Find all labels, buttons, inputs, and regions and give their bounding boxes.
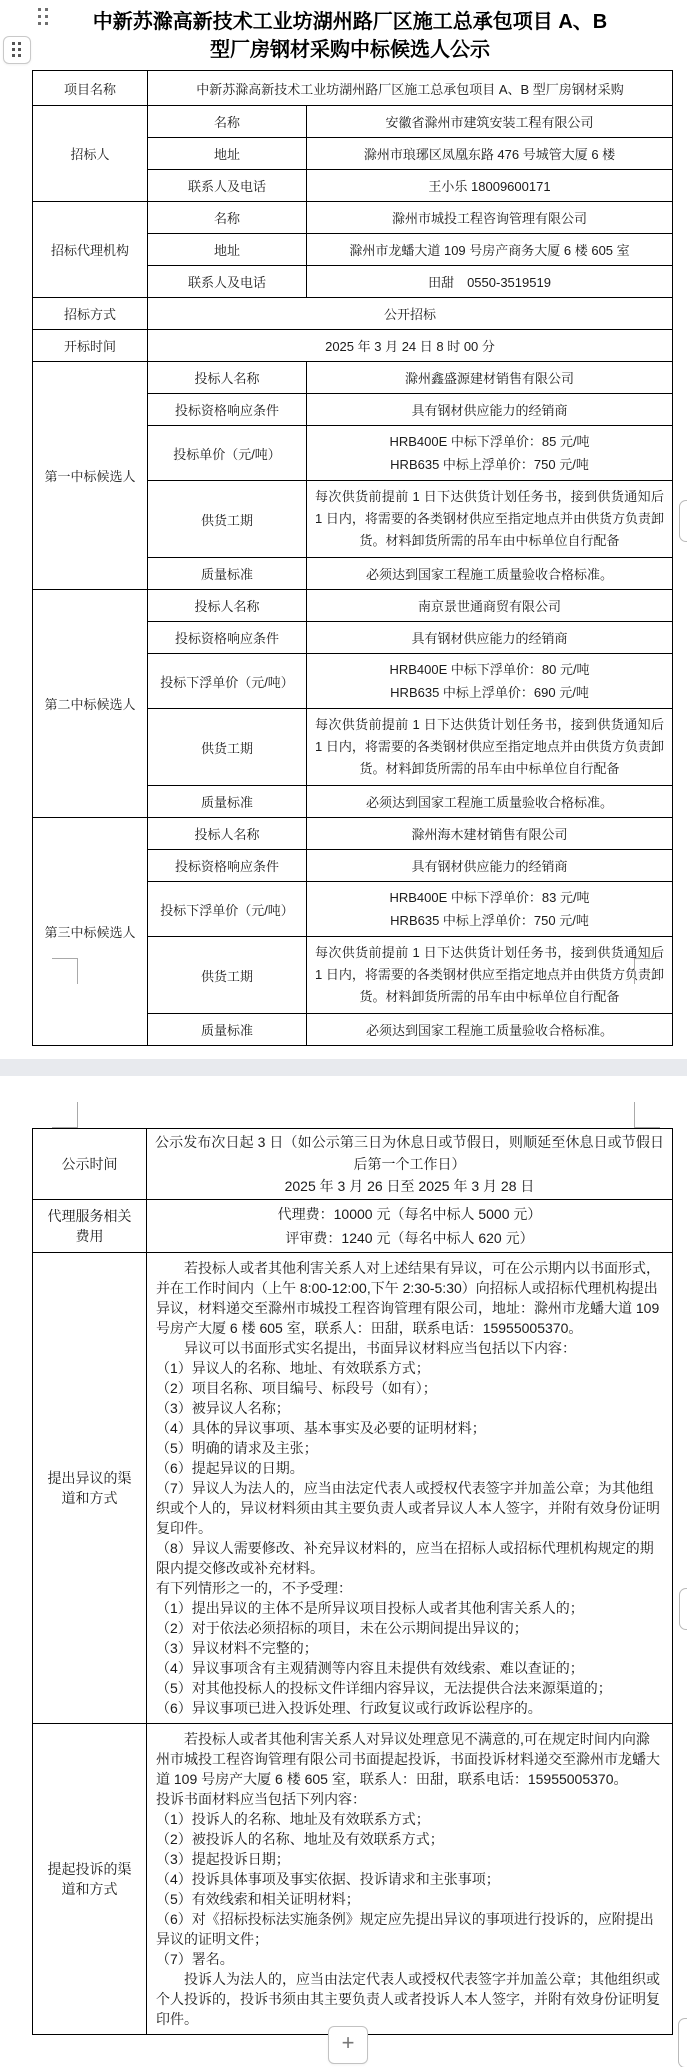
right-edge-handle[interactable] [679, 500, 687, 542]
text-line: （6）对《招标投标法实施条例》规定应先提出异议的事项进行投诉的，应附提出异议的证… [156, 1909, 663, 1949]
text-line: （7）异议人为法人的，应当由法定代表人或授权代表签字并加盖公章；为其他组织或个人… [156, 1478, 663, 1538]
candidate-group-label: 第三中标候选人 [33, 818, 148, 1046]
cell-value: 必须达到国家工程施工质量验收合格标准。 [307, 786, 673, 818]
cell-sublabel: 地址 [148, 234, 307, 266]
page2-top-right-margin-mark [634, 1102, 660, 1128]
cell-value: 必须达到国家工程施工质量验收合格标准。 [307, 558, 673, 590]
text-line: （1）提出异议的主体不是所异议项目投标人或者其他利害关系人的； [156, 1598, 663, 1618]
cell-label: 公示时间 [33, 1129, 147, 1200]
cell-sublabel: 投标资格响应条件 [148, 850, 307, 882]
price-line: HRB635 中标上浮单价：690 元/吨 [315, 681, 664, 704]
cell-value: 滁州海木建材销售有限公司 [307, 818, 673, 850]
cell-sublabel: 投标人名称 [148, 362, 307, 394]
candidate-group-label: 第二中标候选人 [33, 590, 148, 818]
cell-objection-procedure: 若投标人或者其他利害关系人对上述结果有异议，可在公示期内以书面形式，并在工作时间… [147, 1253, 673, 1724]
price-line: HRB400E 中标下浮单价：83 元/吨 [315, 886, 664, 909]
cell-value: 滁州市琅琊区凤凰东路 476 号城管大厦 6 楼 [307, 138, 673, 170]
block-handle-button[interactable] [3, 36, 31, 64]
cell-delivery: 每次供货前提前 1 日下达供货计划任务书，接到供货通知后 1 日内，将需要的各类… [307, 709, 673, 786]
cell-sublabel: 质量标准 [148, 786, 307, 818]
cell-label: 招标方式 [33, 298, 148, 330]
cell-sublabel: 投标人名称 [148, 818, 307, 850]
price-line: HRB400E 中标下浮单价：85 元/吨 [315, 430, 664, 453]
bottom-right-edge-handle[interactable] [678, 2018, 687, 2067]
text-line: （1）投诉人的名称、地址及有效联系方式； [156, 1809, 663, 1829]
cell-value: 具有钢材供应能力的经销商 [307, 622, 673, 654]
text-line: （2）项目名称、项目编号、标段号（如有）； [156, 1378, 663, 1398]
cell-sublabel: 联系人及电话 [148, 170, 307, 202]
cell-sublabel: 供货工期 [148, 937, 307, 1014]
cell-sublabel: 投标资格响应条件 [148, 622, 307, 654]
text-line: 若投标人或者其他利害关系人对异议处理意见不满意的,可在规定时间内向滁州市城投工程… [156, 1729, 663, 1789]
cell-label: 代理服务相关费用 [33, 1200, 147, 1253]
text-line: （5）有效线索和相关证明材料； [156, 1889, 663, 1909]
text-line: 有下列情形之一的，不予受理： [156, 1578, 663, 1598]
text-line: （4）投诉具体事项及事实依据、投诉请求和主张事项； [156, 1869, 663, 1889]
text-line: （4）具体的异议事项、基本事实及必要的证明材料； [156, 1418, 663, 1438]
cell-value: 具有钢材供应能力的经销商 [307, 850, 673, 882]
publicity-dates: 2025 年 3 月 26 日至 2025 年 3 月 28 日 [155, 1175, 664, 1197]
text-line: 投诉书面材料应当包括下列内容： [156, 1789, 663, 1809]
cell-price: HRB400E 中标下浮单价：83 元/吨 HRB635 中标上浮单价：750 … [307, 882, 673, 937]
cell-sublabel: 投标下浮单价（元/吨） [148, 654, 307, 709]
cell-delivery: 每次供货前提前 1 日下达供货计划任务书，接到供货通知后 1 日内，将需要的各类… [307, 937, 673, 1014]
page-title: 中新苏滁高新技术工业坊湖州路厂区施工总承包项目 A、B 型厂房钢材采购中标候选人… [40, 8, 660, 64]
text-line: （2）对于依法必须招标的项目，未在公示期间提出异议的； [156, 1618, 663, 1638]
add-block-button[interactable]: + [328, 2026, 368, 2064]
cell-value: 南京景世通商贸有限公司 [307, 590, 673, 622]
cell-value: 具有钢材供应能力的经销商 [307, 394, 673, 426]
text-line: 若投标人或者其他利害关系人对上述结果有异议，可在公示期内以书面形式，并在工作时间… [156, 1258, 663, 1338]
cell-sublabel: 投标单价（元/吨） [148, 426, 307, 481]
cell-complaint-procedure: 若投标人或者其他利害关系人对异议处理意见不满意的,可在规定时间内向滁州市城投工程… [147, 1724, 673, 2035]
cell-value: 滁州鑫盛源建材销售有限公司 [307, 362, 673, 394]
price-line: HRB635 中标上浮单价：750 元/吨 [315, 453, 664, 476]
text-line: 异议可以书面形式实名提出，书面异议材料应当包括以下内容： [156, 1338, 663, 1358]
text-line: （3）异议材料不完整的； [156, 1638, 663, 1658]
page1-bottom-right-margin-mark [634, 958, 660, 984]
cell-value: 王小乐 18009600171 [307, 170, 673, 202]
cell-fees: 代理费：10000 元（每名中标人 5000 元） 评审费：1240 元（每名中… [147, 1200, 673, 1253]
right-edge-handle[interactable] [679, 1588, 687, 1630]
text-line: （2）被投诉人的名称、地址及有效联系方式； [156, 1829, 663, 1849]
cell-label: 开标时间 [33, 330, 148, 362]
page-gap-band [0, 1059, 687, 1076]
cell-value: 中新苏滁高新技术工业坊湖州路厂区施工总承包项目 A、B 型厂房钢材采购 [148, 71, 673, 106]
text-line: （4）异议事项含有主观猜测等内容且未提供有效线索、难以查证的； [156, 1658, 663, 1678]
candidate-group-label: 第一中标候选人 [33, 362, 148, 590]
cell-sublabel: 投标下浮单价（元/吨） [148, 882, 307, 937]
grip-dots-icon [12, 42, 23, 59]
cell-value: 安徽省滁州市建筑安装工程有限公司 [307, 106, 673, 138]
bid-result-table: 项目名称 中新苏滁高新技术工业坊湖州路厂区施工总承包项目 A、B 型厂房钢材采购… [32, 70, 673, 1046]
text-line: （3）被异议人名称； [156, 1398, 663, 1418]
page2-top-left-margin-mark [52, 1102, 78, 1128]
cell-label: 提起投诉的渠道和方式 [33, 1724, 147, 2035]
document-editor-page: { "title": { "line1": "中新苏滁高新技术工业坊湖州州路厂区… [0, 0, 687, 2067]
cell-sublabel: 供货工期 [148, 709, 307, 786]
text-line: 投诉人为法人的，应当由法定代表人或授权代表签字并加盖公章；其他组织或个人投诉的，… [156, 1969, 663, 2029]
fee-line: 代理费：10000 元（每名中标人 5000 元） [155, 1202, 664, 1226]
cell-value: 田甜 0550-3519519 [307, 266, 673, 298]
page-title-line2: 型厂房钢材采购中标候选人公示 [40, 36, 660, 64]
cell-value: 滁州市城投工程咨询管理有限公司 [307, 202, 673, 234]
cell-sublabel: 投标资格响应条件 [148, 394, 307, 426]
cell-price: HRB400E 中标下浮单价：80 元/吨 HRB635 中标上浮单价：690 … [307, 654, 673, 709]
text-line: （5）明确的请求及主张； [156, 1438, 663, 1458]
cell-delivery: 每次供货前提前 1 日下达供货计划任务书，接到供货通知后 1 日内，将需要的各类… [307, 481, 673, 558]
price-line: HRB400E 中标下浮单价：80 元/吨 [315, 658, 664, 681]
cell-value: 必须达到国家工程施工质量验收合格标准。 [307, 1014, 673, 1046]
text-line: （8）异议人需要修改、补充异议材料的，应当在招标人或招标代理机构规定的期限内提交… [156, 1538, 663, 1578]
cell-sublabel: 地址 [148, 138, 307, 170]
cell-sublabel: 投标人名称 [148, 590, 307, 622]
cell-value: 滁州市龙蟠大道 109 号房产商务大厦 6 楼 605 室 [307, 234, 673, 266]
cell-label: 招标人 [33, 106, 148, 202]
objection-info-table: 公示时间 公示发布次日起 3 日（如公示第三日为休息日或节假日，则顺延至休息日或… [32, 1128, 673, 2035]
text-line: （5）对其他投标人的投标文件详细内容异议，无法提供合法来源渠道的； [156, 1678, 663, 1698]
text-line: （1）异议人的名称、地址、有效联系方式； [156, 1358, 663, 1378]
text-line: （3）提起投诉日期； [156, 1849, 663, 1869]
text-line: （6）提起异议的日期。 [156, 1458, 663, 1478]
text-line: （7）署名。 [156, 1949, 663, 1969]
cell-label: 项目名称 [33, 71, 148, 106]
cell-sublabel: 联系人及电话 [148, 266, 307, 298]
text-line: （6）异议事项已进入投诉处理、行政复议或行政诉讼程序的。 [156, 1698, 663, 1718]
price-line: HRB635 中标上浮单价：750 元/吨 [315, 909, 664, 932]
page1-bottom-left-margin-mark [52, 958, 78, 984]
cell-sublabel: 质量标准 [148, 558, 307, 590]
cell-sublabel: 名称 [148, 202, 307, 234]
cell-sublabel: 质量标准 [148, 1014, 307, 1046]
cell-value: 公开招标 [148, 298, 673, 330]
cell-price: HRB400E 中标下浮单价：85 元/吨 HRB635 中标上浮单价：750 … [307, 426, 673, 481]
page-title-line1: 中新苏滁高新技术工业坊湖州路厂区施工总承包项目 A、B [40, 8, 660, 36]
cell-sublabel: 名称 [148, 106, 307, 138]
fee-line: 评审费：1240 元（每名中标人 620 元） [155, 1226, 664, 1250]
cell-label: 提出异议的渠道和方式 [33, 1253, 147, 1724]
cell-publicity: 公示发布次日起 3 日（如公示第三日为休息日或节假日，则顺延至休息日或节假日后第… [147, 1129, 673, 1200]
cell-label: 招标代理机构 [33, 202, 148, 298]
cell-sublabel: 供货工期 [148, 481, 307, 558]
cell-value: 2025 年 3 月 24 日 8 时 00 分 [148, 330, 673, 362]
publicity-text: 公示发布次日起 3 日（如公示第三日为休息日或节假日，则顺延至休息日或节假日后第… [155, 1131, 664, 1175]
